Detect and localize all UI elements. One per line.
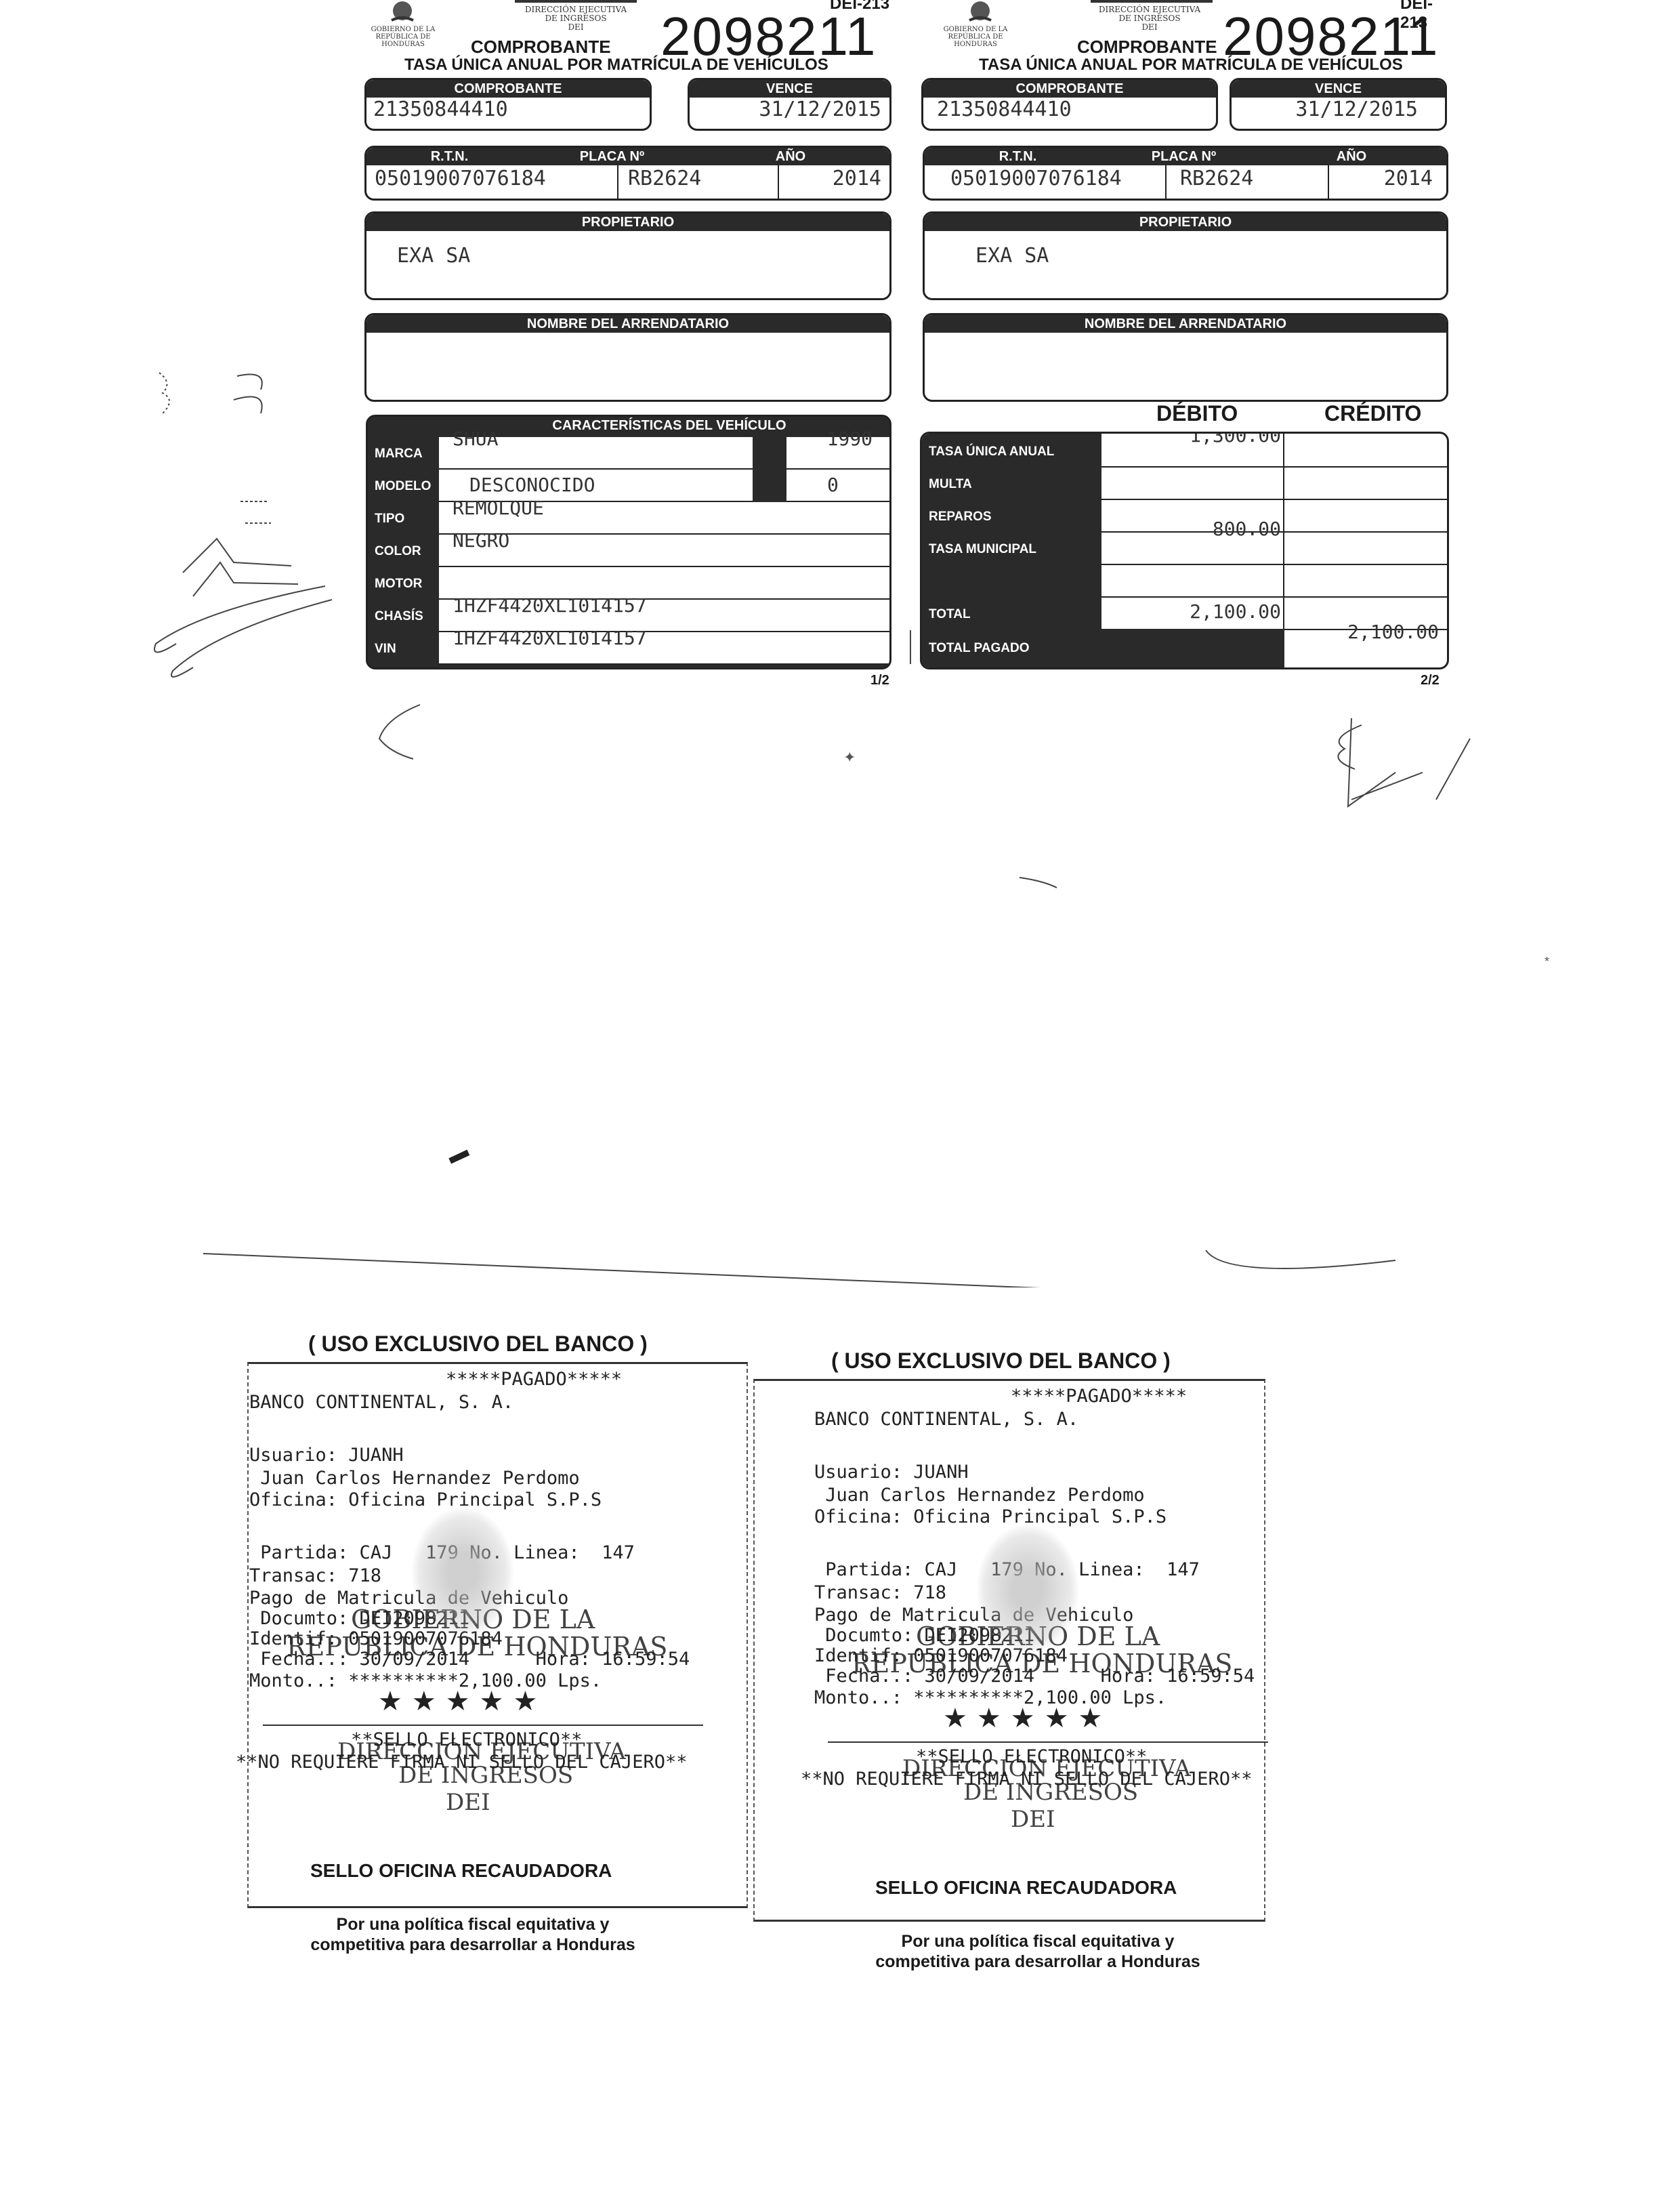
footer-line-2: competitiva para desarrollar a Honduras [283,1935,663,1955]
gov-label-1: GOBIERNO DE LA [931,26,1020,33]
vehicle-row-label: CHASÍS [375,609,423,624]
footer-line-1: Por una política fiscal equitativa y [283,1914,663,1935]
comprobante-label: COMPROBANTE [1077,37,1217,58]
footer-line-1: Por una política fiscal equitativa y [848,1931,1227,1952]
vehicle-row-value: DESCONOCIDO [469,474,595,496]
receipt-title: ( USO EXCLUSIVO DEL BANCO ) [308,1332,648,1357]
field-header: VENCE [1232,80,1445,98]
page-marker: 2/2 [1421,673,1440,688]
receipt-line-nombre: Juan Carlos Hernandez Perdomo [814,1485,1145,1506]
page-marker: 1/2 [870,673,889,688]
propietario-value: EXA SA [975,244,1049,268]
coat-of-arms-icon [965,0,995,24]
field-header: COMPROBANTE [923,80,1216,98]
rtn-placa-ano-field: R.T.N. PLACA Nº AÑO 05019007076184 RB262… [364,146,891,201]
vehicle-row-value: 1HZF4420XL1014157 [453,627,647,649]
vehicle-row-vin: VIN1HZF4420XL1014157 [368,632,889,663]
svg-text:✦: ✦ [843,749,856,766]
financial-debit-value: 1,300.00 [1190,432,1281,447]
placa-value: RB2624 [1180,167,1253,190]
svg-text:▬: ▬ [444,1139,471,1168]
vehicle-row-value-cell: 1HZF4420XL1014157 [439,632,889,665]
receipt-line-transac: Transac: 718 [814,1582,946,1603]
propietario-field: PROPIETARIO EXA SA [364,211,891,300]
vehicle-row-label: COLOR [375,544,421,559]
vehicle-row-value: REMOLQUE [453,497,544,519]
field-header: PROPIETARIO [366,213,889,231]
sello-oficina-recaudadora: SELLO OFICINA RECAUDADORA [310,1860,612,1882]
stamp-dei-line-3: DEI [1011,1806,1055,1833]
debit-header: DÉBITO [1156,401,1238,426]
column-rule [1283,434,1284,629]
receipt-line-nombre: Juan Carlos Hernandez Perdomo [249,1468,580,1489]
stars-icon: ★★★★★ [378,1686,547,1717]
vehicle-row-tipo: TIPOREMOLQUE [368,502,889,533]
total-pagado-value: 2,100.00 [1347,621,1439,643]
rtn-placa-ano-field: R.T.N. PLACA Nº AÑO 05019007076184 RB262… [923,146,1448,201]
stamp-gobierno-line-2: REPÚBLICA DE HONDURAS [852,1649,1232,1678]
credit-header: CRÉDITO [1324,401,1421,426]
financial-debit-value: 800.00 [1213,518,1281,540]
ano-value: 2014 [1384,167,1433,190]
comprobante-value: 21350844410 [937,98,1072,121]
vehicle-row-marca: MARCASHUAAÑO1990 [368,437,889,468]
field-header: PROPIETARIO [925,213,1446,231]
propietario-field: PROPIETARIO EXA SA [923,211,1448,300]
receipt-line-transac: Transac: 718 [249,1565,381,1586]
vehicle-title: CARACTERÍSTICAS DEL VEHÍCULO [368,417,889,434]
field-header: COMPROBANTE [366,80,650,98]
financial-row-label: MULTA [929,477,972,492]
placa-value: RB2624 [628,167,701,190]
receipt-line-bank: BANCO CONTINENTAL, S. A. [814,1409,1078,1430]
vehicle-row-value: 1HZF4420XL1014157 [453,594,647,617]
stamp-dei-line-3: DEI [446,1789,490,1816]
sello-oficina-recaudadora: SELLO OFICINA RECAUDADORA [875,1877,1177,1899]
form-title: TASA ÚNICA ANUAL POR MATRÍCULA DE VEHÍCU… [979,56,1403,75]
comprobante-field: COMPROBANTE 21350844410 [364,78,652,131]
footer-line-2: competitiva para desarrollar a Honduras [848,1952,1227,1972]
total-pagado-label: TOTAL PAGADO [929,641,1029,656]
receipt-line-oficina: Oficina: Oficina Principal S.P.S [249,1489,602,1510]
stub-left: GOBIERNO DE LA REPÚBLICA DE HONDURAS DIR… [352,0,894,684]
svg-text:*: * [1545,955,1549,968]
comprobante-field: COMPROBANTE 21350844410 [921,78,1218,131]
field-header: NOMBRE DEL ARRENDATARIO [366,315,889,333]
financial-table: TASA ÚNICA ANUAL1,300.00MULTAREPAROSTASA… [920,432,1449,669]
rtn-header: R.T.N. [925,148,1111,165]
row-rule [1101,564,1447,565]
financial-row-label: REPAROS [929,510,992,524]
receipt-line-status: *****PAGADO***** [1011,1386,1187,1407]
row-rule [1101,596,1447,598]
row-rule [1101,499,1447,500]
vehicle-row-label: MODELO [375,479,431,494]
rtn-value: 05019007076184 [950,167,1122,190]
vehicle-side-value: 0 [827,474,839,496]
receipt-footer: Por una política fiscal equitativa ycomp… [848,1931,1227,1972]
financial-row-label: TOTAL [929,607,971,622]
vehicle-side-value-cell: 1990 [786,437,889,470]
vehicle-side-value: 1990 [827,428,873,450]
ano-header: AÑO [692,148,889,165]
vehicle-row-label: VIN [375,642,396,657]
arrendatario-field: NOMBRE DEL ARRENDATARIO [364,313,891,402]
receipt-line-bank: BANCO CONTINENTAL, S. A. [249,1392,513,1413]
agency-rule [1091,0,1213,3]
stamp-dei-line-1: DIRECCIÓN EJECUTIVA [337,1738,626,1765]
receipt-title: ( USO EXCLUSIVO DEL BANCO ) [831,1348,1171,1374]
seal-crest-icon [977,1525,1078,1653]
vehicle-side-label: CIL. [696,479,721,494]
vence-value: 31/12/2015 [1295,98,1418,121]
stub-right: GOBIERNO DE LA REPÚBLICA DE HONDURAS DIR… [898,0,1460,684]
agency-line-3: DEI [1082,23,1217,32]
vehicle-side-value-cell: 0 [786,470,889,502]
vehicle-row-label: TIPO [375,512,404,527]
arrendatario-field: NOMBRE DEL ARRENDATARIO [923,313,1448,402]
agency-rule [515,0,637,3]
vehicle-side-label: AÑO [696,447,725,461]
field-header: NOMBRE DEL ARRENDATARIO [925,315,1446,333]
receipt-line-status: *****PAGADO***** [446,1369,622,1390]
receipt-line-usuario: Usuario: JUANH [249,1445,404,1466]
stamp-dei-line-1: DIRECCIÓN EJECUTIVA [902,1755,1191,1782]
receipt-footer: Por una política fiscal equitativa ycomp… [283,1914,663,1955]
vehicle-row-modelo: MODELODESCONOCIDOCIL.0 [368,470,889,501]
field-header: VENCE [690,80,889,98]
gov-label-2: REPÚBLICA DE HONDURAS [359,33,447,48]
receipt-line-usuario: Usuario: JUANH [814,1462,969,1483]
rtn-header: R.T.N. [366,148,532,165]
stamp-gobierno-line-2: REPÚBLICA DE HONDURAS [287,1632,667,1661]
vehicle-row-color: COLORNEGRO [368,535,889,566]
vehicle-row-value: NEGRO [453,529,509,552]
seal-crest-icon [412,1508,513,1636]
receipt-rule [828,1741,1268,1743]
stars-icon: ★★★★★ [943,1703,1112,1734]
coat-of-arms-icon [387,0,417,24]
receipt-rule [263,1725,703,1726]
comprobante-value: 21350844410 [373,98,508,121]
placa-header: PLACA Nº [1111,148,1257,165]
placa-header: PLACA Nº [532,148,692,165]
gov-label-1: GOBIERNO DE LA [359,26,447,33]
gov-label-2: REPÚBLICA DE HONDURAS [931,33,1020,48]
propietario-value: EXA SA [397,244,470,268]
receipt-line-oficina: Oficina: Oficina Principal S.P.S [814,1506,1167,1527]
ano-header: AÑO [1257,148,1446,165]
comprobante-label: COMPROBANTE [471,37,611,58]
vehicle-row-label: MARCA [375,447,423,461]
form-title: TASA ÚNICA ANUAL POR MATRÍCULA DE VEHÍCU… [404,56,828,75]
vehicle-row-value: SHUA [453,428,498,450]
vehicle-characteristics: CARACTERÍSTICAS DEL VEHÍCULO MARCASHUAAÑ… [366,415,891,669]
rtn-value: 05019007076184 [375,167,546,190]
vence-field: VENCE 31/12/2015 [1230,78,1447,131]
financial-row-label: TASA ÚNICA ANUAL [929,445,1054,459]
stamp-dei-line-2: DE INGRESOS [398,1762,573,1789]
stamp-dei-line-2: DE INGRESOS [963,1779,1138,1806]
row-rule [1101,466,1447,468]
agency-line-3: DEI [508,23,644,32]
vehicle-row-label: MOTOR [375,577,422,592]
vence-field: VENCE 31/12/2015 [688,78,891,131]
financial-row-label: TASA MUNICIPAL [929,542,1036,557]
vehicle-row-value-cell: NEGRO [439,535,889,567]
vence-value: 31/12/2015 [759,98,881,121]
ano-value: 2014 [833,167,881,190]
financial-debit-value: 2,100.00 [1190,600,1281,623]
